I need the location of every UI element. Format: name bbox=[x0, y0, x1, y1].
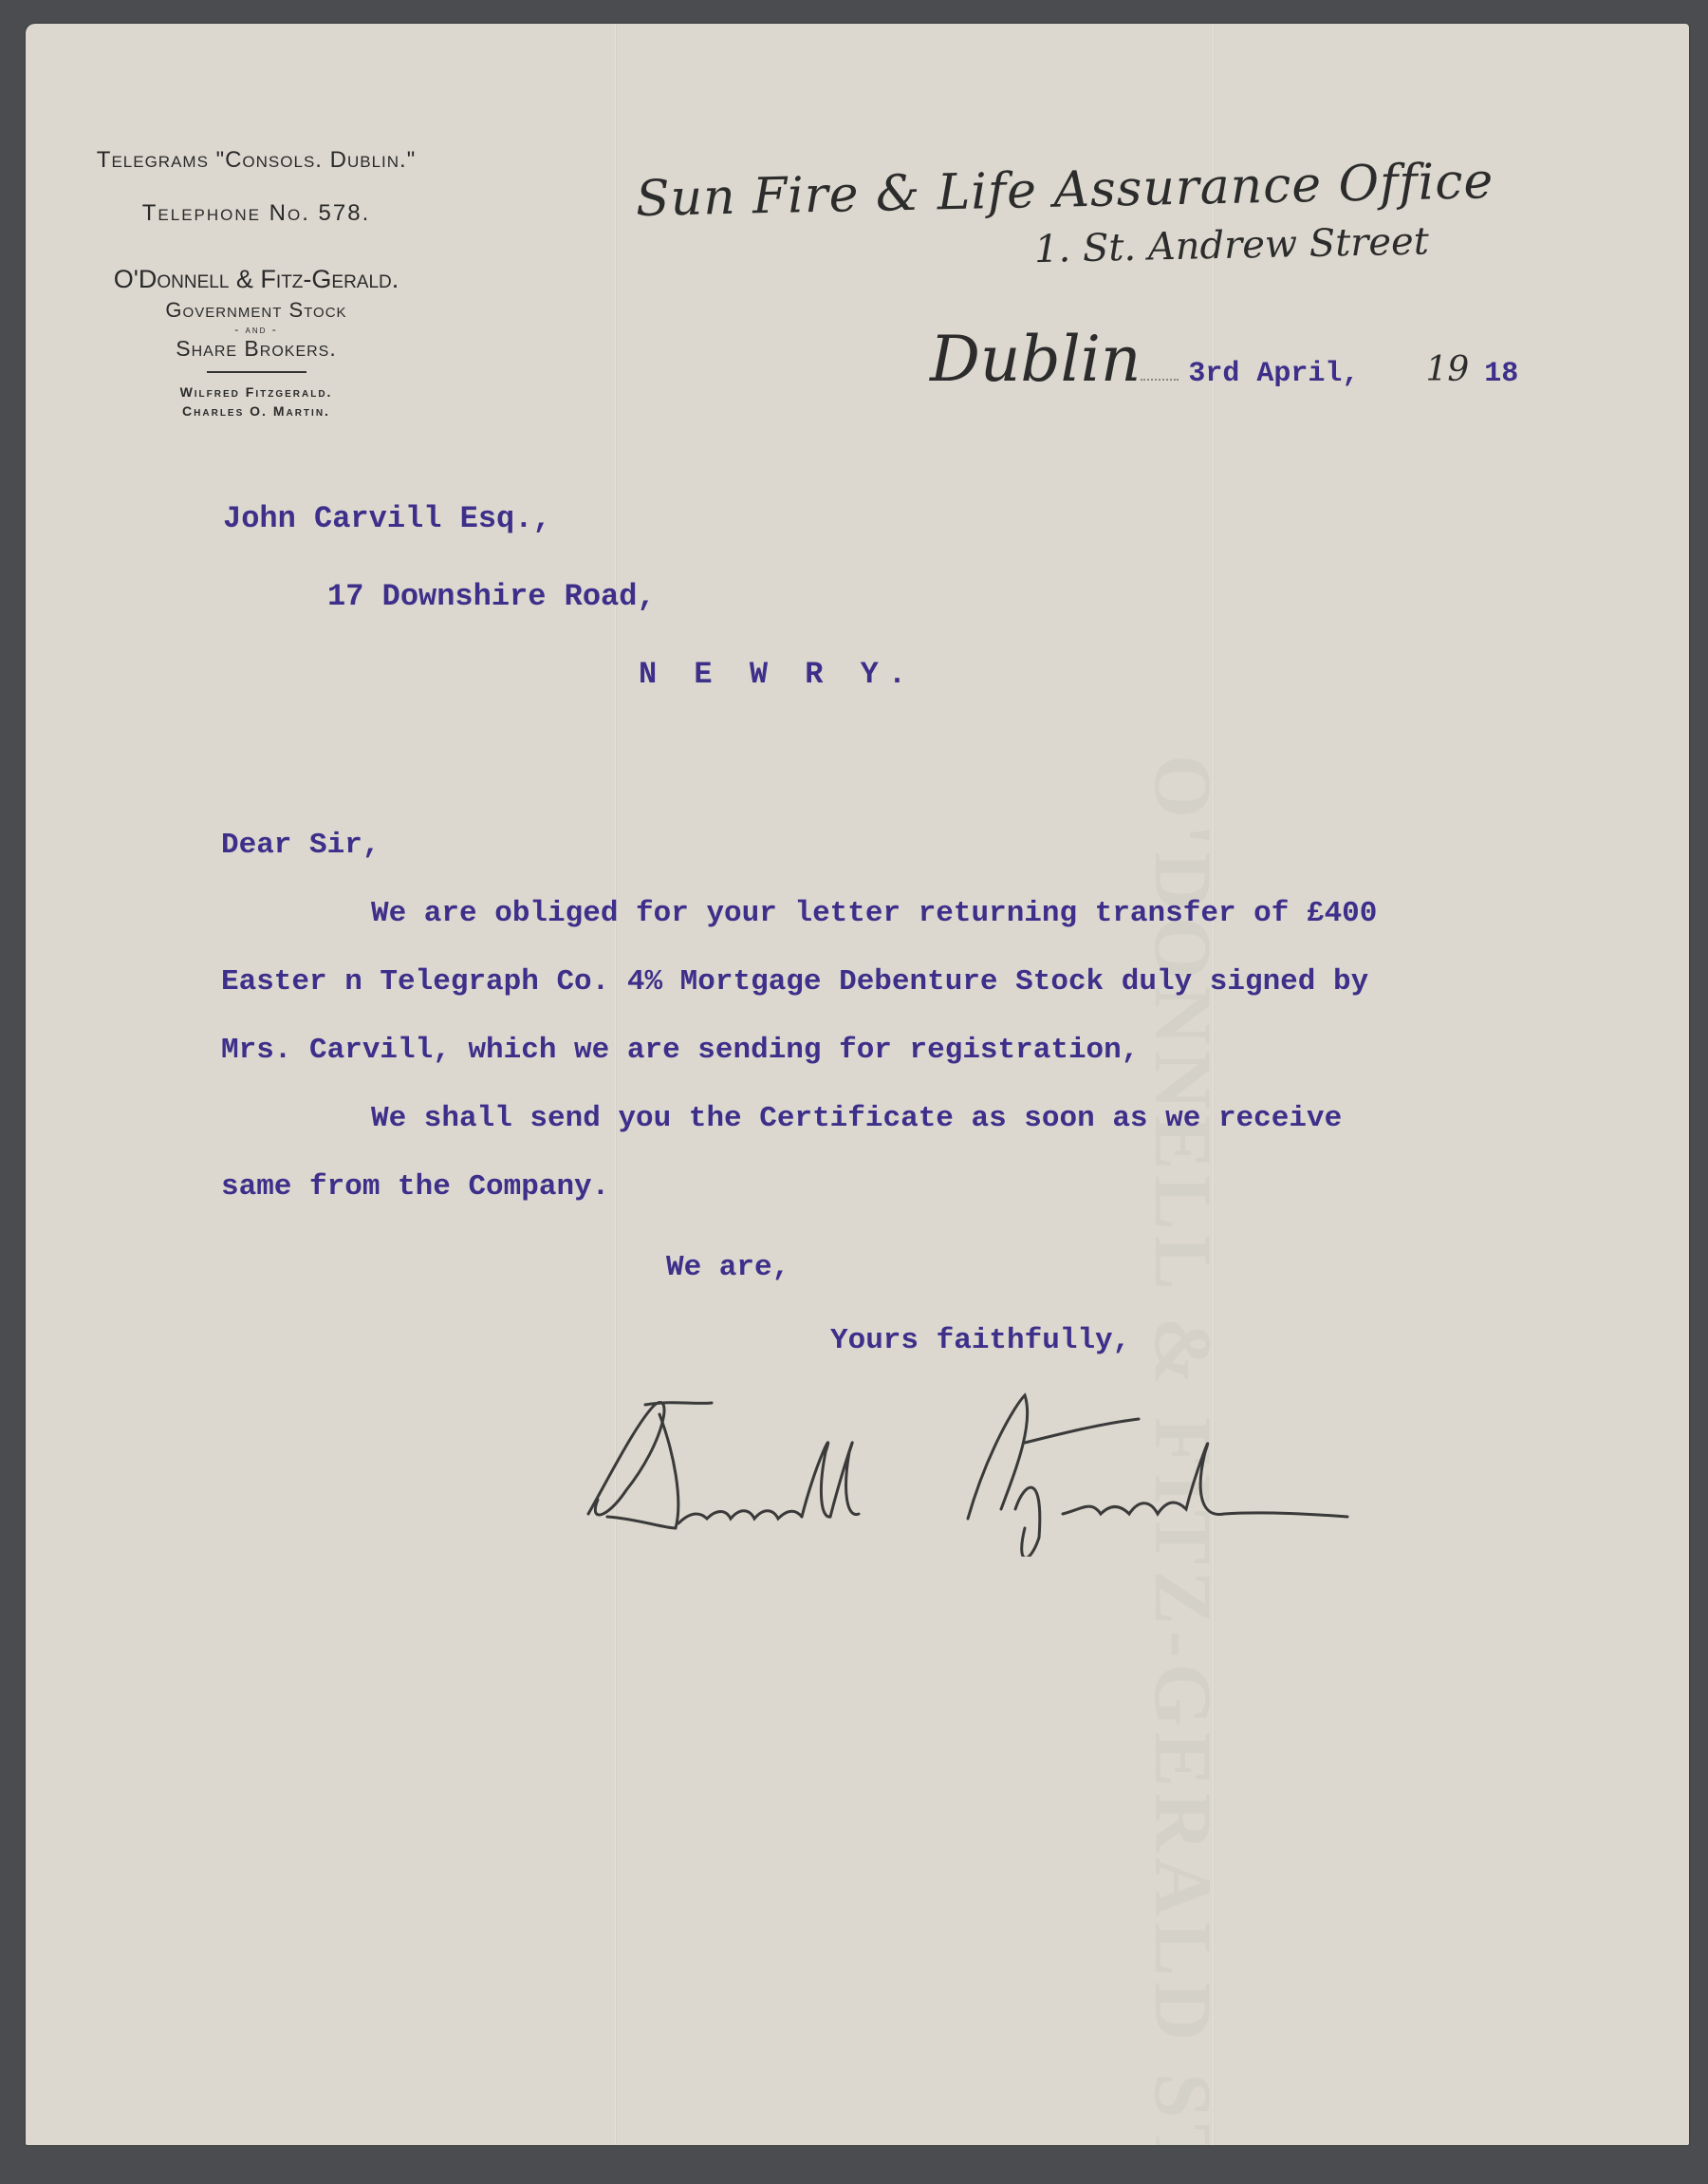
salutation: Dear Sir, bbox=[221, 812, 1625, 880]
city: Dublin bbox=[930, 323, 1141, 396]
addressee-street: 17 Downshire Road, bbox=[327, 578, 916, 616]
firm-description-3: Share Brokers. bbox=[76, 336, 436, 362]
body-line: We are obliged for your letter returning… bbox=[221, 880, 1625, 948]
body-line: same from the Company. bbox=[221, 1153, 1625, 1222]
handwritten-signature bbox=[569, 1367, 1423, 1557]
date-year: 18 bbox=[1484, 358, 1518, 390]
closing-block: We are, Yours faithfully, bbox=[666, 1251, 1130, 1357]
firm-description-2: - and - bbox=[76, 323, 436, 336]
dotted-rule bbox=[1141, 379, 1179, 381]
date-day-month: 3rd April, bbox=[1188, 358, 1359, 390]
valediction: Yours faithfully, bbox=[830, 1324, 1130, 1357]
firm-name: O'Donnell & Fitz-Gerald. bbox=[76, 265, 436, 294]
date-century: 19 bbox=[1425, 350, 1469, 389]
addressee-name: John Carvill Esq., bbox=[223, 500, 916, 538]
firm-description-1: Government Stock bbox=[76, 298, 436, 323]
body-line: Mrs. Carvill, which we are sending for r… bbox=[221, 1017, 1625, 1085]
letterhead-left: Telegrams "Consols. Dublin." Telephone N… bbox=[76, 147, 436, 420]
office-street: 1. St. Andrew Street bbox=[1034, 216, 1586, 271]
letter-body: Dear Sir, We are obliged for your letter… bbox=[221, 812, 1625, 1222]
closing-line: We are, bbox=[666, 1251, 1130, 1284]
letterhead-right: Sun Fire & Life Assurance Office 1. St. … bbox=[636, 171, 1585, 266]
divider bbox=[207, 371, 306, 373]
addressee-town: N E W R Y. bbox=[639, 656, 916, 694]
body-line: We shall send you the Certificate as soo… bbox=[221, 1085, 1625, 1153]
addressee-block: John Carvill Esq., 17 Downshire Road, N … bbox=[223, 500, 916, 694]
telegrams-address: Telegrams "Consols. Dublin." bbox=[76, 147, 436, 174]
telephone-number: Telephone No. 578. bbox=[76, 200, 436, 227]
dateline: Dublin 3rd April, 19 18 bbox=[930, 323, 1518, 396]
partner-name: Wilfred Fitzgerald. bbox=[76, 383, 436, 401]
body-line: Easter n Telegraph Co. 4% Mortgage Deben… bbox=[221, 948, 1625, 1017]
partner-name: Charles O. Martin. bbox=[76, 401, 436, 420]
